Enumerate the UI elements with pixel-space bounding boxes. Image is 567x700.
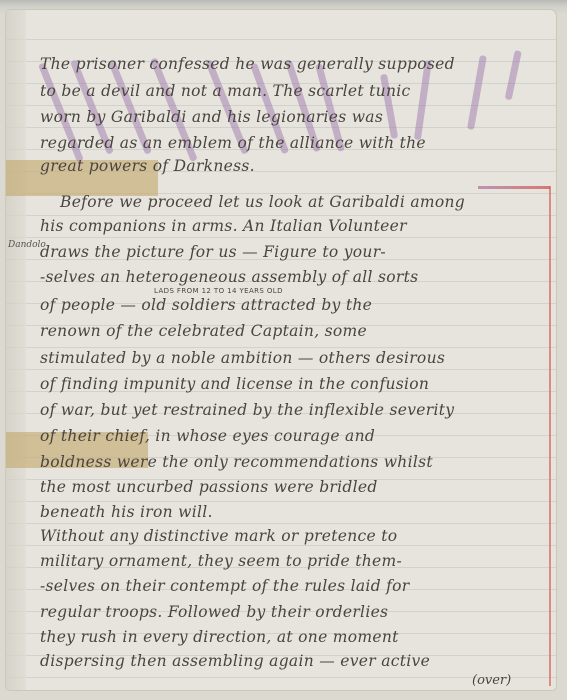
text-line: renown of the celebrated Captain, some <box>40 322 367 340</box>
text-line: The prisoner confessed he was generally … <box>40 55 455 73</box>
text-line: dispersing then assembling again — ever … <box>40 652 430 670</box>
text-line: regular troops. Followed by their orderl… <box>40 603 388 621</box>
margin-note: Dandolo <box>8 240 46 250</box>
text-line: they rush in every direction, at one mom… <box>40 628 399 646</box>
text-line: his companions in arms. An Italian Volun… <box>40 217 407 235</box>
text-line: stimulated by a noble ambition — others … <box>40 349 445 367</box>
text-line: Without any distinctive mark or pretence… <box>40 527 397 545</box>
text-line: of war, but yet restrained by the inflex… <box>40 401 454 419</box>
page-turn-note: (over) <box>472 673 511 688</box>
text-line: of their chief, in whose eyes courage an… <box>40 427 375 445</box>
text-line: great powers of Darkness. <box>40 157 255 175</box>
text-line: to be a devil and not a man. The scarlet… <box>40 82 410 100</box>
text-line: -selves an heterogeneous assembly of all… <box>40 268 418 286</box>
text-line: of finding impunity and license in the c… <box>40 375 429 393</box>
manuscript-page: The prisoner confessed he was generally … <box>0 0 567 700</box>
text-line: beneath his iron will. <box>40 503 213 521</box>
text-line: draws the picture for us — Figure to you… <box>40 243 386 261</box>
insertion-note: LADS FROM 12 TO 14 YEARS OLD <box>154 287 283 295</box>
text-line: of people — old soldiers attracted by th… <box>40 296 372 314</box>
text-line: worn by Garibaldi and his legionaries wa… <box>40 108 383 126</box>
handwritten-text: The prisoner confessed he was generally … <box>0 0 567 700</box>
text-line: the most uncurbed passions were bridled <box>40 478 378 496</box>
text-line: military ornament, they seem to pride th… <box>40 552 402 570</box>
text-line: Before we proceed let us look at Garibal… <box>60 193 465 211</box>
text-line: boldness were the only recommendations w… <box>40 453 433 471</box>
text-line: regarded as an emblem of the alliance wi… <box>40 134 426 152</box>
text-line: -selves on their contempt of the rules l… <box>40 577 410 595</box>
